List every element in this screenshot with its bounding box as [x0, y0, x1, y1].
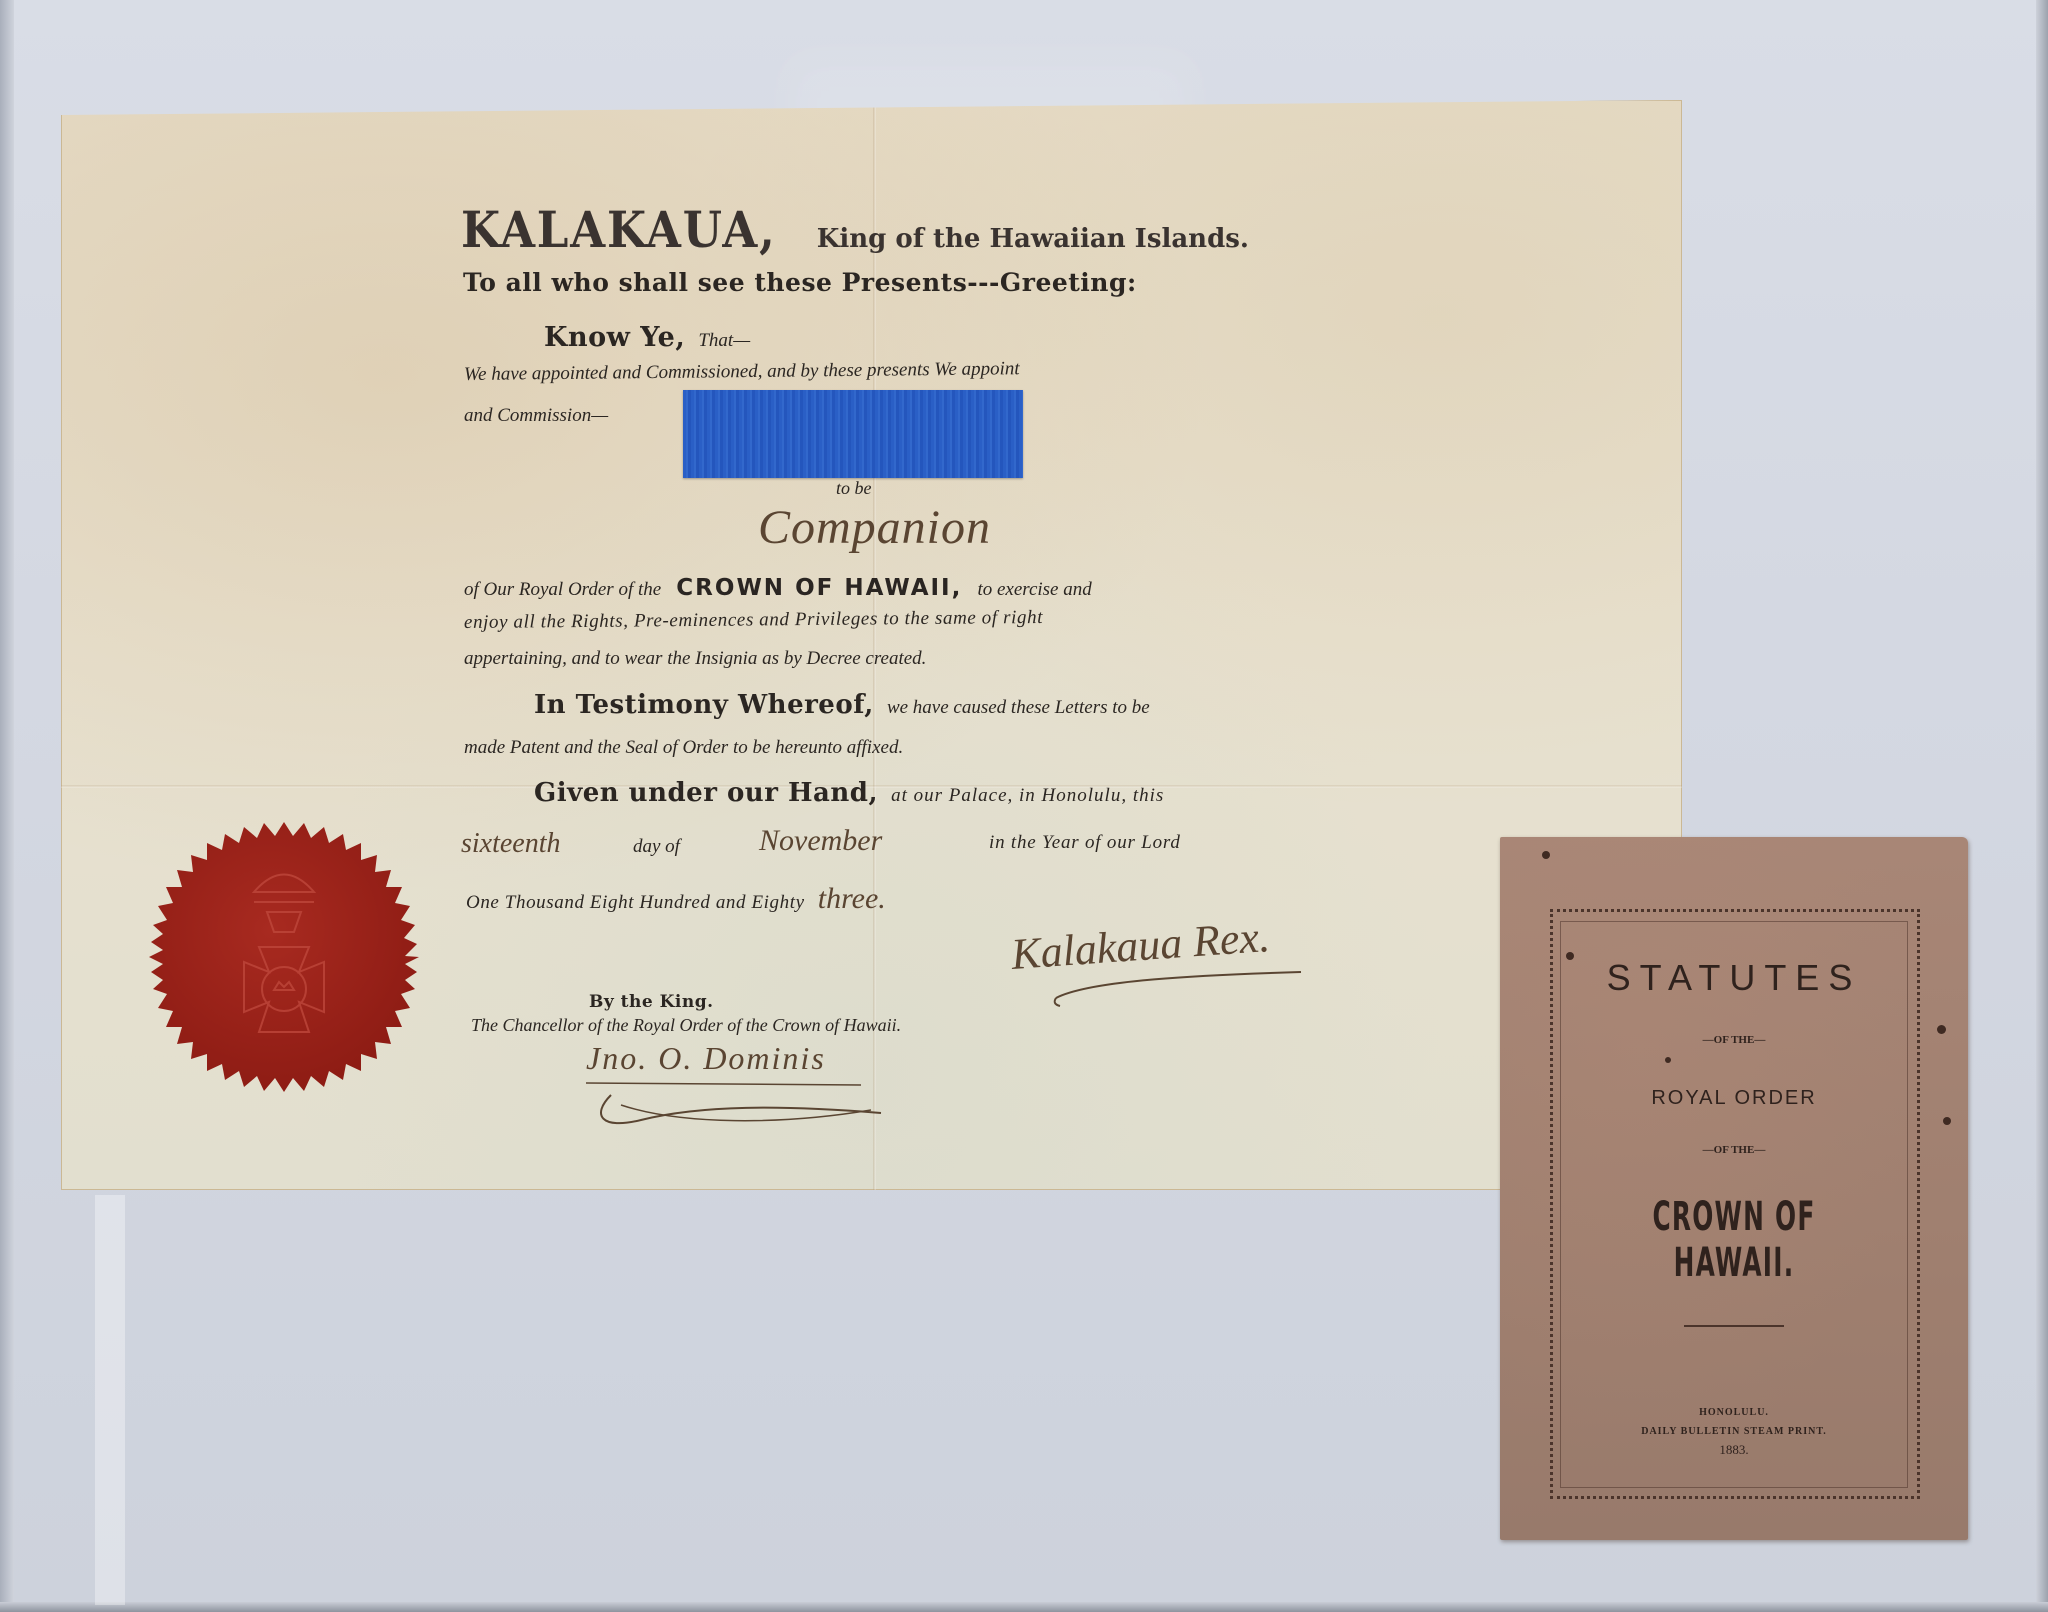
by-the-king: By the King.	[589, 992, 714, 1012]
crown-over-cross-seal-icon	[149, 822, 419, 1092]
foxing-spot	[1937, 1025, 1946, 1034]
frame-edge-right	[2036, 0, 2048, 1612]
statutes-booklet: STATUTES —OF THE— ROYAL ORDER —OF THE— C…	[1500, 837, 1968, 1540]
king-signature-flourish	[1051, 970, 1311, 1010]
year-line-text: One Thousand Eight Hundred and Eighty	[466, 892, 805, 913]
year-handwritten: three.	[818, 882, 886, 915]
rank-handwritten: Companion	[758, 500, 991, 555]
chancellor-line: The Chancellor of the Royal Order of the…	[471, 1015, 901, 1036]
given-line: Given under our Hand, at our Palace, in …	[534, 778, 1164, 808]
booklet-year: 1883.	[1500, 1442, 1968, 1458]
day-handwritten: sixteenth	[461, 828, 561, 859]
frame-edge-bottom	[0, 1602, 2048, 1612]
know-ye-line: Know Ye, That—	[544, 322, 750, 353]
booklet-main-title: CROWN OF HAWAII.	[1589, 1194, 1879, 1286]
royal-commission-document: KALAKAUA, King of the Hawaiian Islands. …	[61, 100, 1682, 1190]
month-handwritten: November	[759, 824, 882, 858]
booklet-of-the-2: —OF THE—	[1500, 1144, 1968, 1156]
given-text: at our Palace, in Honolulu, this	[891, 785, 1164, 806]
rights-line: enjoy all the Rights, Pre-eminences and …	[464, 607, 1043, 634]
appointed-line: We have appointed and Commissioned, and …	[464, 358, 1020, 386]
foxing-spot	[1665, 1057, 1671, 1063]
king-title: King of the Hawaiian Islands.	[817, 224, 1249, 254]
booklet-ornament-rule	[1684, 1325, 1784, 1327]
year-line: One Thousand Eight Hundred and Eighty th…	[466, 882, 886, 916]
order-line-prefix: of Our Royal Order of the	[464, 579, 661, 600]
title-line: KALAKAUA, King of the Hawaiian Islands.	[461, 200, 1249, 259]
date-line: sixteenth day of November in the Year of…	[461, 828, 1331, 860]
booklet-title: STATUTES	[1500, 957, 1968, 999]
redaction-tape	[683, 390, 1023, 478]
know-ye-that: That—	[698, 330, 750, 351]
order-line-suffix: to exercise and	[977, 579, 1091, 600]
booklet-of-the-1: —OF THE—	[1500, 1034, 1968, 1046]
order-name: CROWN OF HAWAII,	[676, 575, 962, 601]
frame-edge-left	[0, 0, 14, 1612]
king-name: KALAKAUA,	[461, 200, 777, 259]
order-line: of Our Royal Order of the CROWN OF HAWAI…	[464, 575, 1092, 601]
commission-line: and Commission—	[464, 405, 608, 427]
foxing-spot	[1943, 1117, 1951, 1125]
greeting-line: To all who shall see these Presents---Gr…	[463, 268, 1137, 297]
foxing-spot	[1566, 952, 1574, 960]
booklet-printer: DAILY BULLETIN STEAM PRINT.	[1500, 1426, 1968, 1437]
know-ye-heading: Know Ye,	[544, 322, 685, 353]
testimony-heading: In Testimony Whereof,	[534, 690, 874, 720]
chancellor-signature-flourish	[581, 1075, 901, 1135]
glass-reflection	[95, 1195, 125, 1605]
patent-line: made Patent and the Seal of Order to be …	[464, 737, 903, 759]
foxing-spot	[1542, 851, 1550, 859]
booklet-subtitle: ROYAL ORDER	[1500, 1087, 1968, 1110]
testimony-line: In Testimony Whereof, we have caused the…	[534, 690, 1150, 720]
testimony-text: we have caused these Letters to be	[887, 697, 1150, 718]
booklet-city: HONOLULU.	[1500, 1407, 1968, 1418]
chancellor-signature: Jno. O. Dominis	[586, 1040, 826, 1077]
day-of: day of	[633, 836, 680, 858]
insignia-line: appertaining, and to wear the Insignia a…	[464, 648, 926, 670]
year-of-lord: in the Year of our Lord	[989, 832, 1181, 854]
to-be-line: to be	[836, 478, 872, 499]
given-heading: Given under our Hand,	[534, 778, 878, 808]
